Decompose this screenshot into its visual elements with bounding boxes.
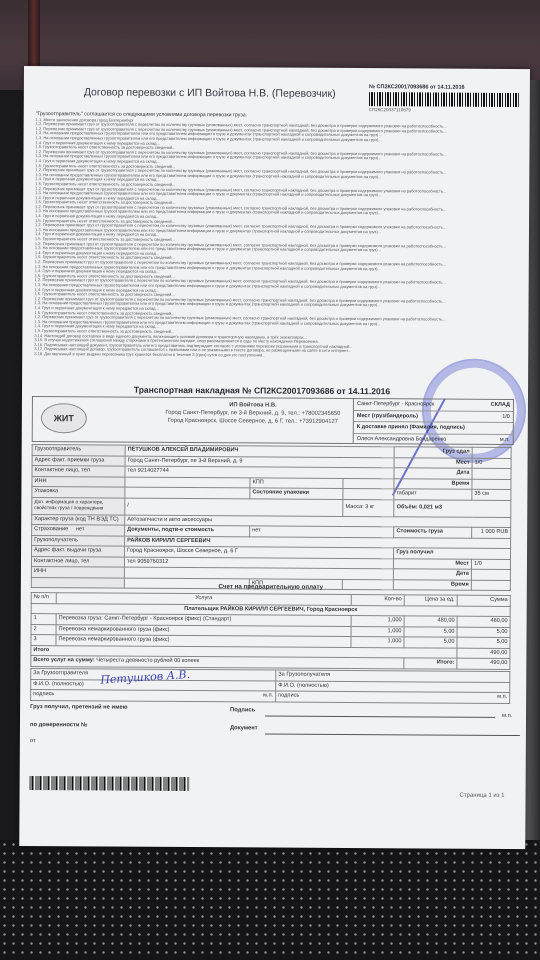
sender-kpp-label: КПП bbox=[250, 477, 343, 488]
route-box: Санкт-Петербург - КрасноярскСКЛАД Мест (… bbox=[353, 399, 514, 444]
receiver-address-label: Адрес факт. выдачи груза bbox=[32, 546, 125, 557]
grand-total-label: Итого: bbox=[404, 658, 457, 669]
carrier-info: ИП Войтова Н.В. Город Санкт-Петербург, п… bbox=[123, 401, 383, 427]
accepted-label: К доставке принял (Фамилия, подпись) bbox=[357, 422, 465, 433]
cargo-mass: Масса: 3 кг bbox=[343, 499, 394, 516]
sender-places-value: 1/0 bbox=[472, 458, 511, 469]
handed-label: Груз сдал bbox=[394, 447, 472, 458]
dimension-label: габарит bbox=[394, 489, 472, 500]
mp-label: м.п. bbox=[502, 713, 512, 719]
proxy-label: по доверенности № bbox=[30, 722, 88, 728]
invoice-total-value: 490,00 bbox=[457, 648, 510, 659]
company-logo-icon: ЖИТ bbox=[41, 403, 87, 433]
reference-block: № СП2КС20017093686 от 14.11.2016 СП2КС20… bbox=[369, 84, 519, 113]
contract-terms: "Грузоотправитель" соглашается со следую… bbox=[34, 112, 525, 359]
document-label: Документ bbox=[230, 725, 258, 731]
invoice-header-qty: Кол-во bbox=[351, 595, 404, 606]
route: Санкт-Петербург - Красноярск bbox=[357, 399, 434, 410]
barcode-icon bbox=[369, 92, 519, 107]
reference-number: № СП2КС20017093686 от 14.11.2016 bbox=[369, 84, 519, 91]
signature-line bbox=[265, 715, 495, 717]
receiver-places-label: Мест bbox=[394, 558, 472, 569]
invoice-total-words: Всего услуг на сумму: Четыреста девяност… bbox=[31, 656, 404, 669]
invoice-header-price: Цена за ед. bbox=[404, 595, 457, 606]
sender-table: Грузоотправитель ПЕТУШКОВ АЛЕКСЕЙ ВЛАДИМ… bbox=[31, 444, 512, 591]
invoice-header-sum: Сумма bbox=[457, 595, 510, 606]
sender-address-label: Адрес факт. приемки груза bbox=[32, 455, 125, 466]
receiver-places-value: 1/0 bbox=[471, 559, 510, 570]
no-claims-text: Груз получил, претензий не имею bbox=[30, 704, 128, 711]
background-perforated-seat bbox=[0, 840, 540, 960]
footer-barcode-icon bbox=[30, 776, 190, 791]
sender-label: Грузоотправитель bbox=[32, 445, 125, 456]
barcode-code: СП2КС20037110879 bbox=[369, 107, 519, 113]
receiver-contact-label: Контактное лицо, тел bbox=[31, 556, 124, 567]
sender-contact-label: Контактное лицо, тел bbox=[32, 466, 125, 477]
receiver-sign-label: подписьм.п. bbox=[276, 691, 510, 703]
waybill-header: ЖИТ ИП Войтова Н.В. Город Санкт-Петербур… bbox=[32, 396, 514, 445]
grand-total-value: 490,00 bbox=[457, 658, 510, 669]
stamp-label: м.п. bbox=[500, 434, 510, 445]
sender-date-label: Дата bbox=[394, 468, 472, 479]
packaging-state-label: Состояние упаковки bbox=[250, 488, 343, 499]
places-label: Мест (груз/бандероль) bbox=[357, 411, 418, 422]
accepted-by: Олеся Александровна Бондаренко bbox=[357, 434, 447, 445]
cost-label: Стоимость груза bbox=[394, 527, 472, 538]
page-number: Страница 1 из 1 bbox=[460, 793, 505, 799]
from-label: от bbox=[30, 738, 36, 744]
receiver-inn-label: ИНН bbox=[31, 567, 124, 578]
receiver-label: Грузополучатель bbox=[32, 535, 125, 546]
carrier-address-2: Город Красноярск, Шоссе Северное, д. 6 Г… bbox=[123, 417, 383, 427]
document-sheet: Договор перевозки с ИП Войтова Н.В. (Пер… bbox=[19, 66, 530, 849]
document-line bbox=[265, 733, 520, 736]
warehouse-label: СКЛАД bbox=[491, 400, 510, 411]
cargo-info-value: / bbox=[125, 498, 343, 516]
sender-inn-label: ИНН bbox=[32, 476, 125, 487]
insurance-label: Страхование нет bbox=[32, 525, 125, 536]
sender-places-label: Мест bbox=[394, 457, 472, 468]
docs-label: Документы, подтв-е стоимость bbox=[125, 525, 250, 536]
received-label: Груз получил bbox=[394, 548, 511, 559]
packaging-label: Упаковка bbox=[32, 487, 125, 498]
cost-value: 1 000 RUB bbox=[472, 527, 511, 538]
cargo-nature-label: Характер груза (код ТН ВЭД ТС) bbox=[32, 514, 125, 525]
places-value: 1/0 bbox=[502, 411, 510, 422]
invoice-table: № п/п Услуга Кол-во Цена за ед. Сумма Пл… bbox=[30, 592, 510, 669]
dimension-value: 35 см bbox=[472, 489, 511, 500]
sender-time-label: Время bbox=[394, 478, 472, 489]
insurance-value: нет bbox=[76, 527, 85, 533]
cargo-volume: Объём: 0,021 м3 bbox=[394, 499, 511, 517]
cargo-info-label: Доп. информация о характере, свойствах г… bbox=[32, 497, 125, 515]
invoice-header-number: № п/п bbox=[31, 593, 56, 604]
sender-sign-label: подписьм.п. bbox=[31, 690, 276, 702]
contract-title: Договор перевозки с ИП Войтова Н.В. (Пер… bbox=[84, 86, 336, 100]
signature-label: Подпись bbox=[230, 707, 255, 713]
receiver-date-label: Дата bbox=[394, 569, 472, 580]
waybill-title: Транспортная накладная № СП2КС2001709368… bbox=[22, 384, 502, 397]
